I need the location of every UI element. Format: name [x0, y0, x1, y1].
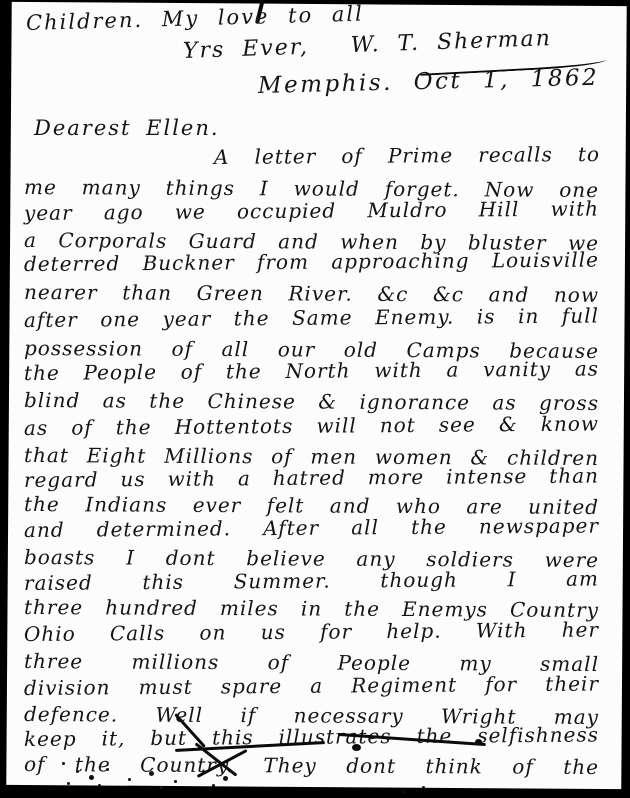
- handwriting-line: the People of the North with a vanity as: [24, 358, 599, 389]
- scanned-letter: Children. My love to all Yrs Ever,W. T. …: [0, 0, 630, 798]
- handwriting-line: division must spare a Regiment for their: [24, 673, 599, 704]
- handwriting-line: deterred Buckner from approaching Louisv…: [24, 249, 599, 280]
- handwriting-line: of the Country. They dont think of the: [24, 754, 599, 783]
- handwriting-line: after one year the Same Enemy. is in ful…: [24, 305, 599, 336]
- ink-specks: [62, 762, 65, 765]
- handwriting-line: A letter of Prime recalls to: [214, 144, 600, 173]
- handwriting-line: regard us with a hatred more intense tha…: [24, 465, 599, 496]
- valediction: Yrs Ever,: [183, 35, 310, 64]
- handwriting-line: as of the Hottentots will not see & know: [24, 413, 599, 444]
- ink-blot: [475, 739, 482, 745]
- handwriting-line: and determined. After all the newspaper: [24, 515, 599, 546]
- ink-blot: [352, 744, 361, 751]
- salutation: Dearest Ellen.: [34, 117, 220, 139]
- handwriting-line: Ohio Calls on us for help. With her: [24, 619, 599, 650]
- handwriting-line: raised this Summer. though I am: [24, 568, 599, 599]
- handwriting-line: keep it, but this illustrates the selfis…: [24, 724, 599, 755]
- handwriting-line: year ago we occupied Muldro Hill with: [24, 198, 599, 229]
